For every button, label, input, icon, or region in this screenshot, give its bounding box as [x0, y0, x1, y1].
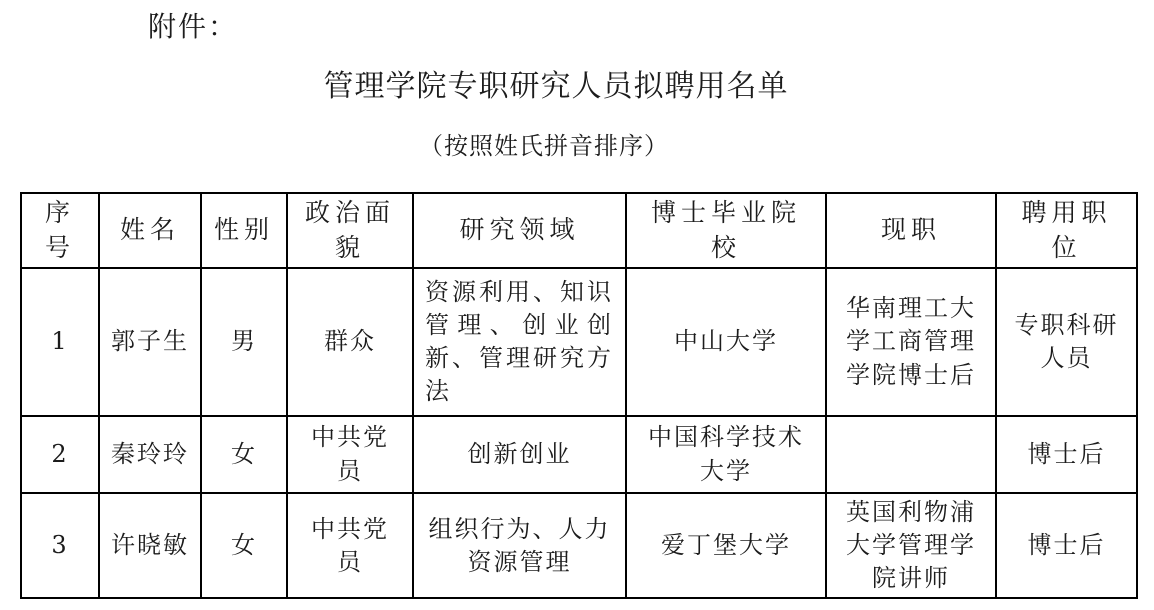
header-name: 姓名	[99, 193, 201, 268]
cell-hired-position: 专职科研人员	[996, 268, 1137, 416]
cell-political-status: 中共党员	[287, 416, 413, 493]
cell-current-position	[826, 416, 996, 493]
table-header-row: 序号 姓名 性别 政治面貌 研究领域 博士毕业院校 现职 聘用职位	[21, 193, 1137, 268]
cell-political-status: 群众	[287, 268, 413, 416]
cell-phd-school: 爱丁堡大学	[626, 493, 826, 598]
table-row: 2 秦玲玲 女 中共党员 创新创业 中国科学技术大学 博士后	[21, 416, 1137, 493]
page-subtitle: （按照姓氏拼音排序）	[0, 126, 1088, 161]
cell-current-position: 华南理工大学工商管理学院博士后	[826, 268, 996, 416]
header-research-field: 研究领域	[413, 193, 626, 268]
document-page: 附件： 管理学院专职研究人员拟聘用名单 （按照姓氏拼音排序） 序号 姓名 性别 …	[0, 0, 1154, 610]
header-index: 序号	[21, 193, 99, 268]
cell-research-field: 创新创业	[413, 416, 626, 493]
header-gender: 性别	[201, 193, 287, 268]
cell-research-field: 组织行为、人力资源管理	[413, 493, 626, 598]
cell-index: 2	[21, 416, 99, 493]
cell-name: 郭子生	[99, 268, 201, 416]
cell-gender: 女	[201, 493, 287, 598]
table-row: 1 郭子生 男 群众 资源利用、知识管理、创业创新、管理研究方法 中山大学 华南…	[21, 268, 1137, 416]
header-hired-position: 聘用职位	[996, 193, 1137, 268]
cell-name: 秦玲玲	[99, 416, 201, 493]
header-current-position: 现职	[826, 193, 996, 268]
cell-phd-school: 中国科学技术大学	[626, 416, 826, 493]
cell-hired-position: 博士后	[996, 493, 1137, 598]
cell-current-position: 英国利物浦大学管理学院讲师	[826, 493, 996, 598]
hiring-roster-table: 序号 姓名 性别 政治面貌 研究领域 博士毕业院校 现职 聘用职位 1 郭子生 …	[20, 192, 1138, 599]
page-title: 管理学院专职研究人员拟聘用名单	[0, 61, 1112, 105]
header-political-status: 政治面貌	[287, 193, 413, 268]
cell-name: 许晓敏	[99, 493, 201, 598]
cell-political-status: 中共党员	[287, 493, 413, 598]
cell-gender: 男	[201, 268, 287, 416]
cell-index: 1	[21, 268, 99, 416]
cell-phd-school: 中山大学	[626, 268, 826, 416]
cell-gender: 女	[201, 416, 287, 493]
cell-index: 3	[21, 493, 99, 598]
cell-hired-position: 博士后	[996, 416, 1137, 493]
attachment-label: 附件：	[148, 5, 238, 45]
table-row: 3 许晓敏 女 中共党员 组织行为、人力资源管理 爱丁堡大学 英国利物浦大学管理…	[21, 493, 1137, 598]
header-phd-school: 博士毕业院校	[626, 193, 826, 268]
cell-research-field: 资源利用、知识管理、创业创新、管理研究方法	[413, 268, 626, 416]
